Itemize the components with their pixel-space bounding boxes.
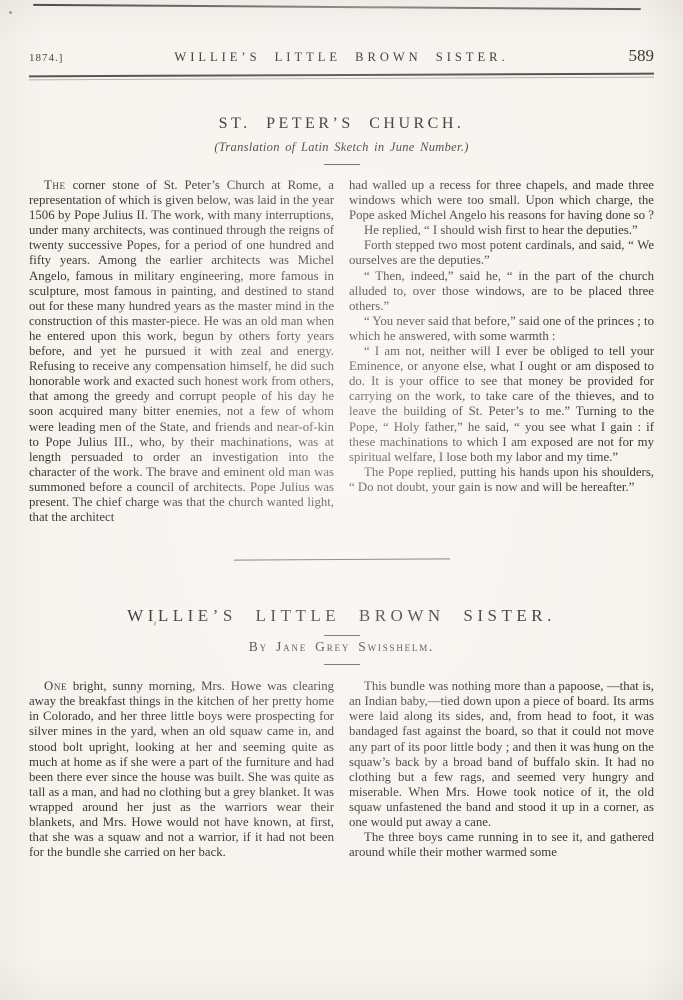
paragraph: “ You never said that before,” said one … [349,314,654,344]
running-title: WILLIE’S LITTLE BROWN SISTER. [121,50,562,65]
header-year: 1874.] [29,52,121,64]
article-willies-little-brown-sister: WILLIE’S LITTLE BROWN SISTER. By Jane Gr… [29,606,654,860]
column-left: The corner stone of St. Peter’s Church a… [29,178,334,525]
byline-rule [324,664,360,665]
paragraph-lead-word: One [44,679,67,693]
paragraph: The Pope replied, putting his hands upon… [349,465,654,495]
paragraph-lead-word: The [44,178,66,192]
paragraph: This bundle was nothing more than a papo… [349,679,654,830]
title-rule [324,635,360,636]
paragraph: “ Then, indeed,” said he, “ in the part … [349,269,654,314]
column-left: One bright, sunny morning, Mrs. Howe was… [29,679,334,860]
title-rule [324,164,360,165]
article-subtitle: (Translation of Latin Sketch in June Num… [29,140,654,155]
header-rule [29,73,654,81]
column-right: This bundle was nothing more than a papo… [349,679,654,860]
article-columns: The corner stone of St. Peter’s Church a… [29,178,654,525]
column-right: had walled up a recess for three chapels… [349,178,654,525]
article-title: ST. PETER’S CHURCH. [29,115,654,133]
paragraph: The corner stone of St. Peter’s Church a… [29,178,334,525]
article-title: WILLIE’S LITTLE BROWN SISTER. [29,606,654,626]
paragraph: The three boys came running in to see it… [349,830,654,860]
article-separator-rule [233,559,449,561]
paragraph: Forth stepped two most potent cardinals,… [349,238,654,268]
paragraph: had walled up a recess for three chapels… [349,178,654,223]
article-st-peters-church: ST. PETER’S CHURCH. (Translation of Lati… [29,115,654,525]
article-byline: By Jane Grey Swisshelm. [29,639,654,655]
paragraph: One bright, sunny morning, Mrs. Howe was… [29,679,334,860]
paragraph: He replied, “ I should wish first to hea… [349,223,654,238]
page-number: 589 [562,46,654,66]
page-content: 1874.] WILLIE’S LITTLE BROWN SISTER. 589… [0,0,683,860]
scanned-page: 1874.] WILLIE’S LITTLE BROWN SISTER. 589… [0,0,683,1000]
paragraph: “ I am not, neither will I ever be oblig… [349,344,654,465]
article-columns: One bright, sunny morning, Mrs. Howe was… [29,679,654,860]
page-header: 1874.] WILLIE’S LITTLE BROWN SISTER. 589 [29,0,654,66]
